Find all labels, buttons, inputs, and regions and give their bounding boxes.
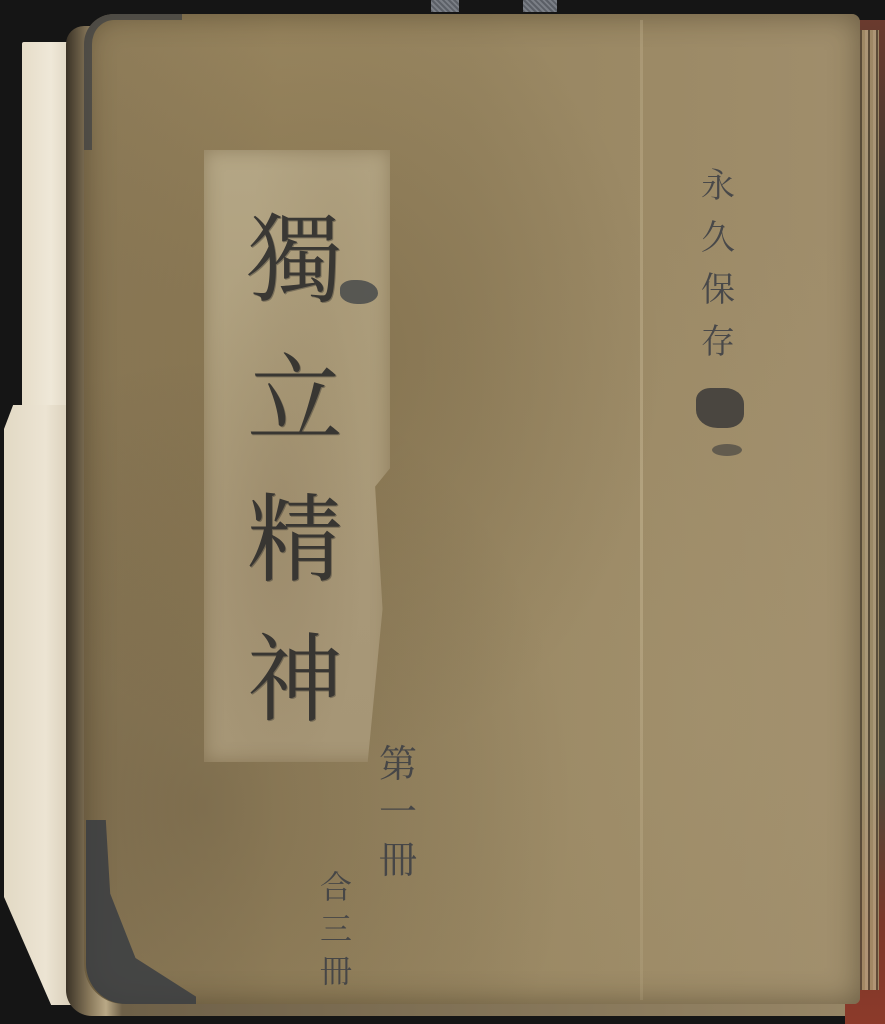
note-char: 冊: [379, 836, 417, 884]
note-char: 第: [379, 740, 417, 788]
note-char: 三: [320, 908, 352, 950]
book-photo: 獨 立 精 神 永 久 保 存 第 一 冊 合 三 冊: [0, 0, 885, 1024]
book-title: 獨 立 精 神: [230, 190, 360, 750]
note-char: 存: [701, 316, 735, 368]
cover-crease: [640, 20, 643, 1000]
title-char: 精: [247, 470, 343, 610]
title-char: 神: [247, 610, 343, 750]
set-count-note: 合 三 冊: [316, 866, 356, 992]
ink-mark: [712, 444, 742, 456]
note-char: 永: [701, 160, 735, 212]
note-char: 保: [701, 264, 735, 316]
book-cover: [84, 14, 860, 1004]
note-char: 一: [379, 788, 417, 836]
binder-clip: [431, 0, 459, 12]
cover-corner-wear: [84, 14, 182, 150]
note-char: 久: [701, 212, 735, 264]
note-char: 合: [320, 866, 352, 908]
volume-note: 第 一 冊: [376, 740, 420, 884]
title-char: 立: [247, 330, 343, 470]
title-char: 獨: [247, 190, 343, 330]
ink-stamp: [696, 388, 744, 428]
note-char: 冊: [320, 950, 352, 992]
preservation-note: 永 久 保 存: [696, 160, 740, 368]
binder-clip: [523, 0, 557, 12]
